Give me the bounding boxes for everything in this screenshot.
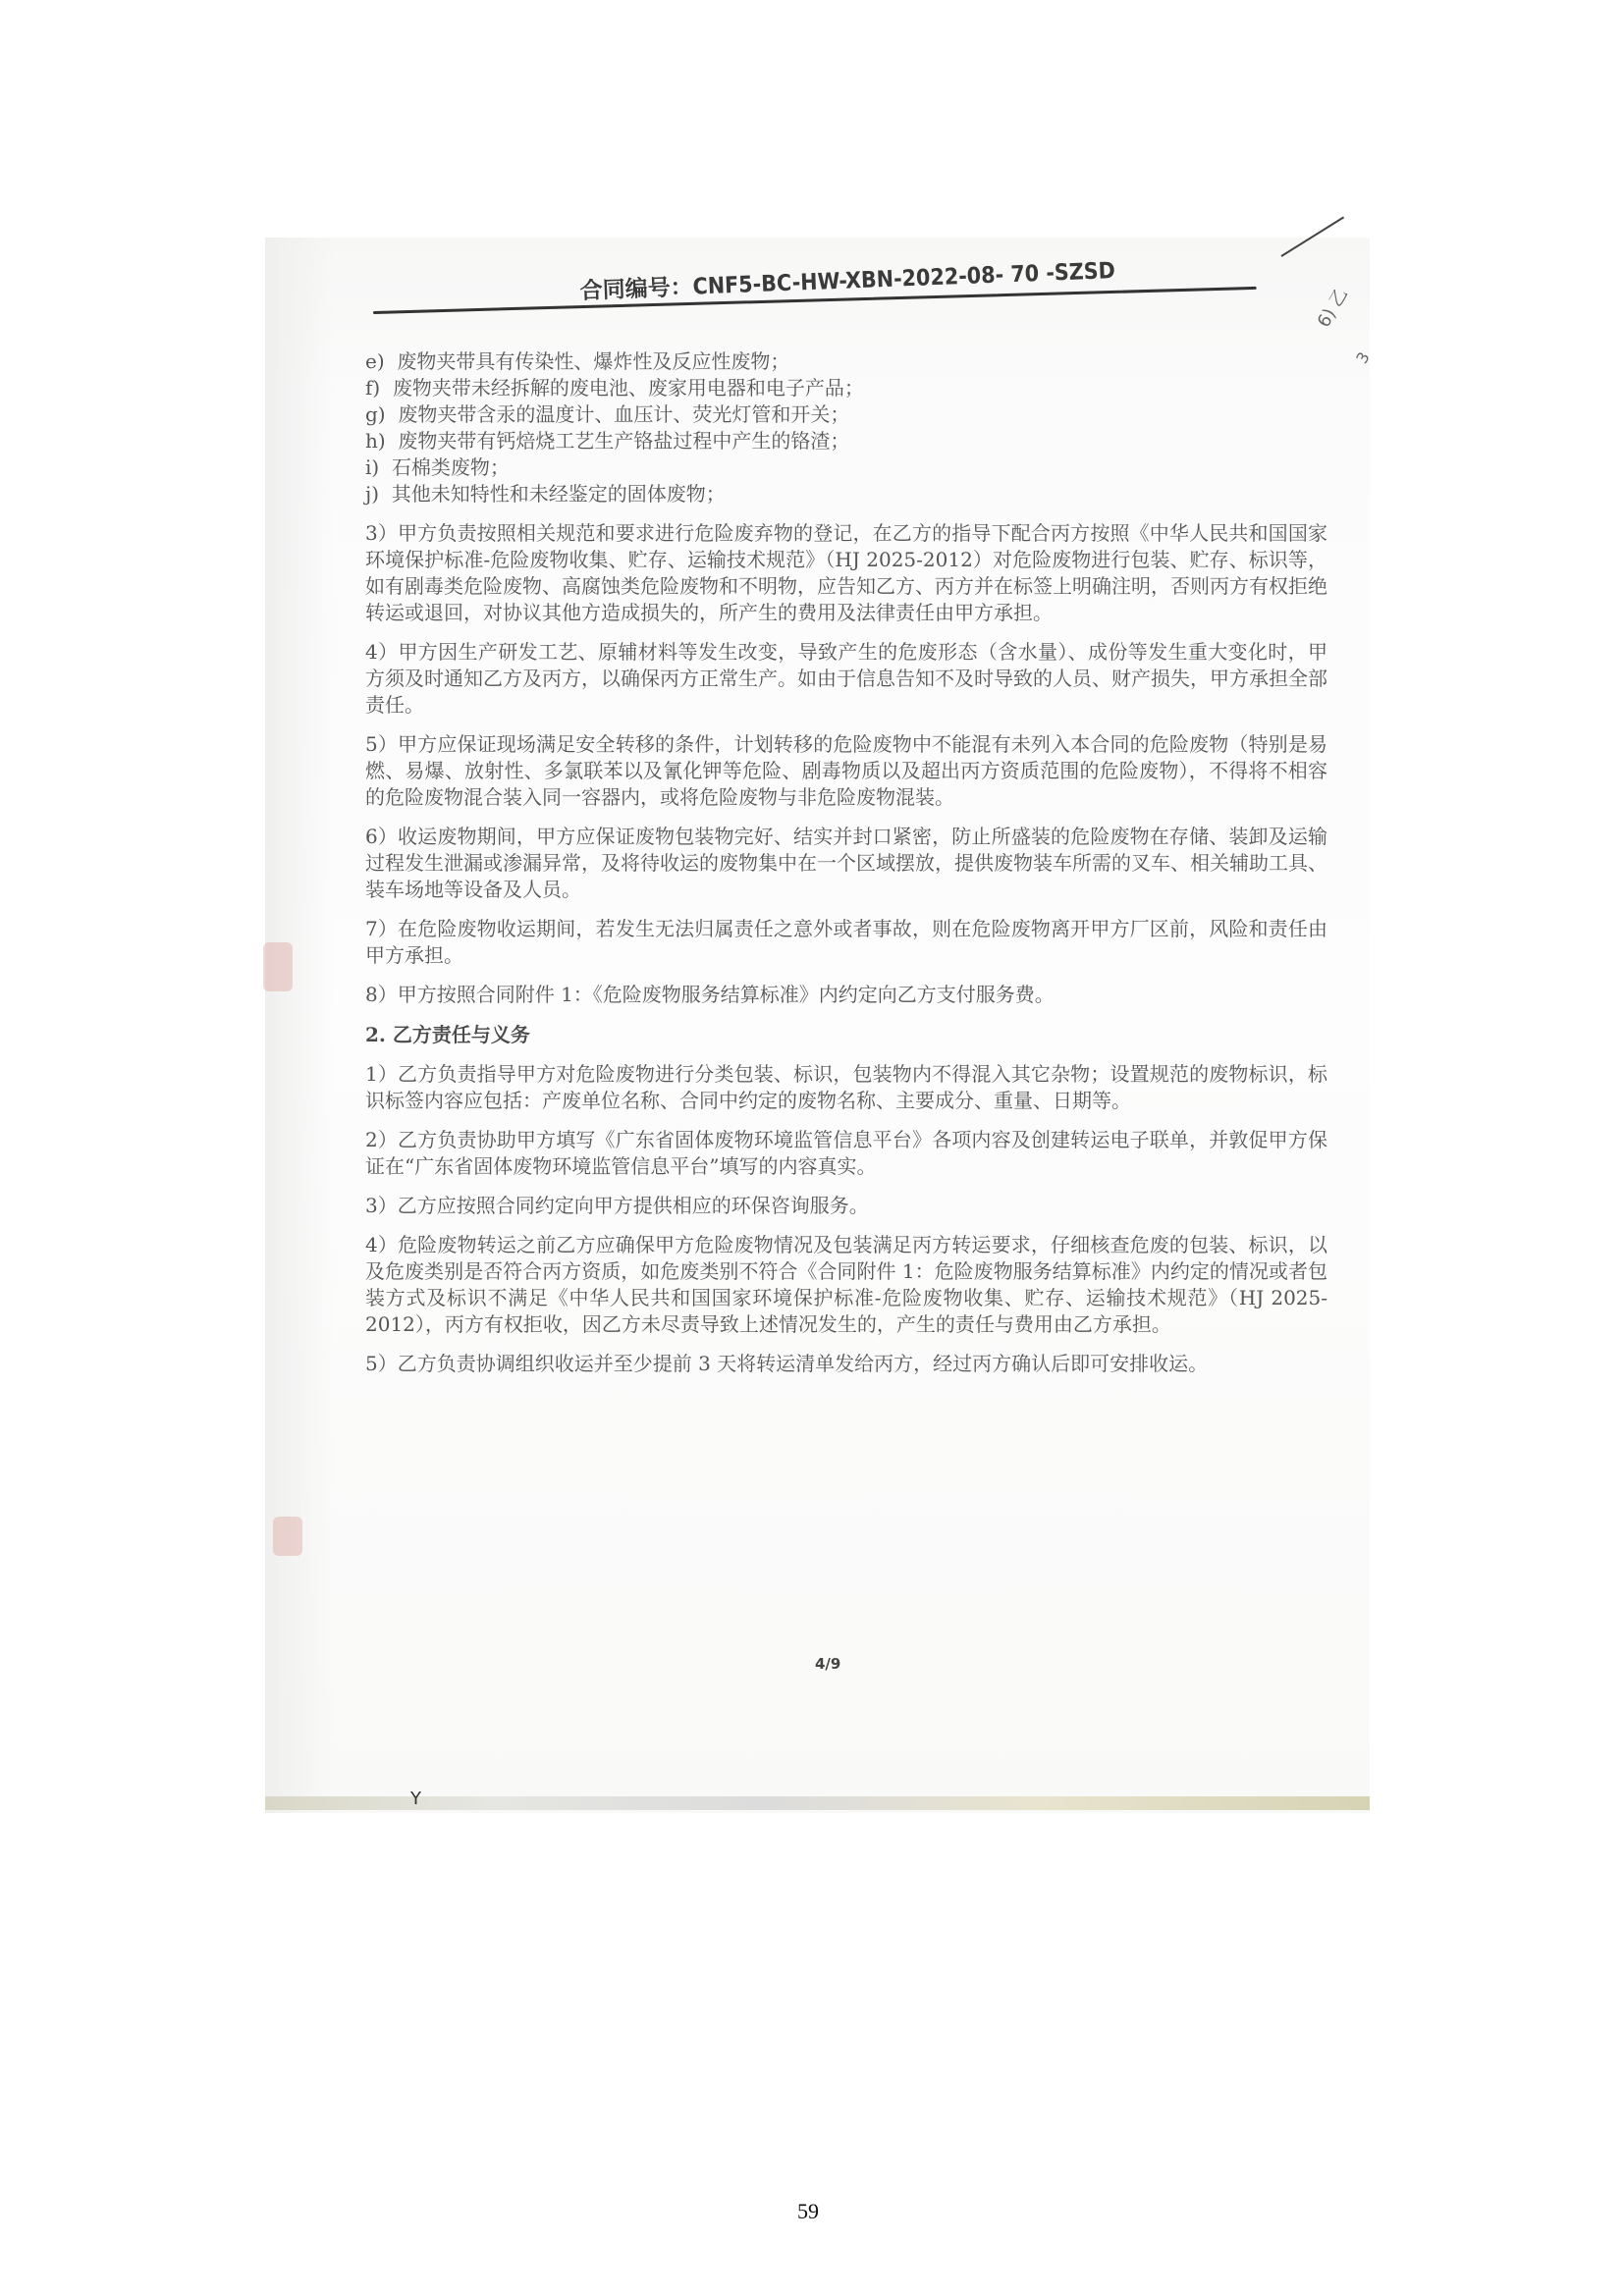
scan-bottom-edge [265,1796,1370,1810]
paragraph: 5）甲方应保证现场满足安全转移的条件，计划转移的危险废物中不能混有未列入本合同的… [365,731,1327,811]
paragraph: 1）乙方负责指导甲方对危险废物进行分类包装、标识，包装物内不得混入其它杂物；设置… [365,1061,1327,1114]
red-stamp-fragment [263,942,293,991]
list-item: f) 废物夹带未经拆解的废电池、废家用电器和电子产品； [365,375,1327,401]
scan-mark: Y [410,1789,421,1809]
page-number: 59 [797,2199,819,2224]
paragraph: 2）乙方负责协助甲方填写《广东省固体废物环境监管信息平台》各项内容及创建转运电子… [365,1127,1327,1180]
section-heading: 2. 乙方责任与义务 [365,1022,1327,1048]
red-stamp-fragment [273,1517,302,1556]
list-item: i) 石棉类废物； [365,454,1327,481]
paragraph: 3）乙方应按照合同约定向甲方提供相应的环保咨询服务。 [365,1193,1327,1219]
list-item: g) 废物夹带含汞的温度计、血压计、荧光灯管和开关； [365,401,1327,428]
paragraph: 5）乙方负责协调组织收运并至少提前 3 天将转运清单发给丙方，经过丙方确认后即可… [365,1351,1327,1377]
list-item: j) 其他未知特性和未经鉴定的固体废物； [365,481,1327,507]
scan-page-fraction: 4/9 [815,1655,840,1673]
paragraph: 4）危险废物转运之前乙方应确保甲方危险废物情况及包装满足丙方转运要求，仔细核查危… [365,1232,1327,1338]
paragraph: 8）甲方按照合同附件 1：《危险废物服务结算标准》内约定向乙方支付服务费。 [365,982,1327,1008]
paragraph: 3）甲方负责按照相关规范和要求进行危险废弃物的登记，在乙方的指导下配合丙方按照《… [365,520,1327,626]
document-body: e) 废物夹带具有传染性、爆炸性及反应性废物； f) 废物夹带未经拆解的废电池、… [365,348,1327,1377]
list-item: e) 废物夹带具有传染性、爆炸性及反应性废物； [365,348,1327,375]
paragraph: 6）收运废物期间，甲方应保证废物包装物完好、结实并封口紧密，防止所盛装的危险废物… [365,824,1327,903]
list-item: h) 废物夹带有钙焙烧工艺生产铬盐过程中产生的铬渣； [365,428,1327,454]
paragraph: 4）甲方因生产研发工艺、原辅材料等发生改变，导致产生的危废形态（含水量）、成份等… [365,639,1327,719]
excluded-waste-list: e) 废物夹带具有传染性、爆炸性及反应性废物； f) 废物夹带未经拆解的废电池、… [365,348,1327,507]
scan-shadow [265,238,334,1813]
paragraph: 7）在危险废物收运期间，若发生无法归属责任之意外或者事故，则在危险废物离开甲方厂… [365,916,1327,969]
